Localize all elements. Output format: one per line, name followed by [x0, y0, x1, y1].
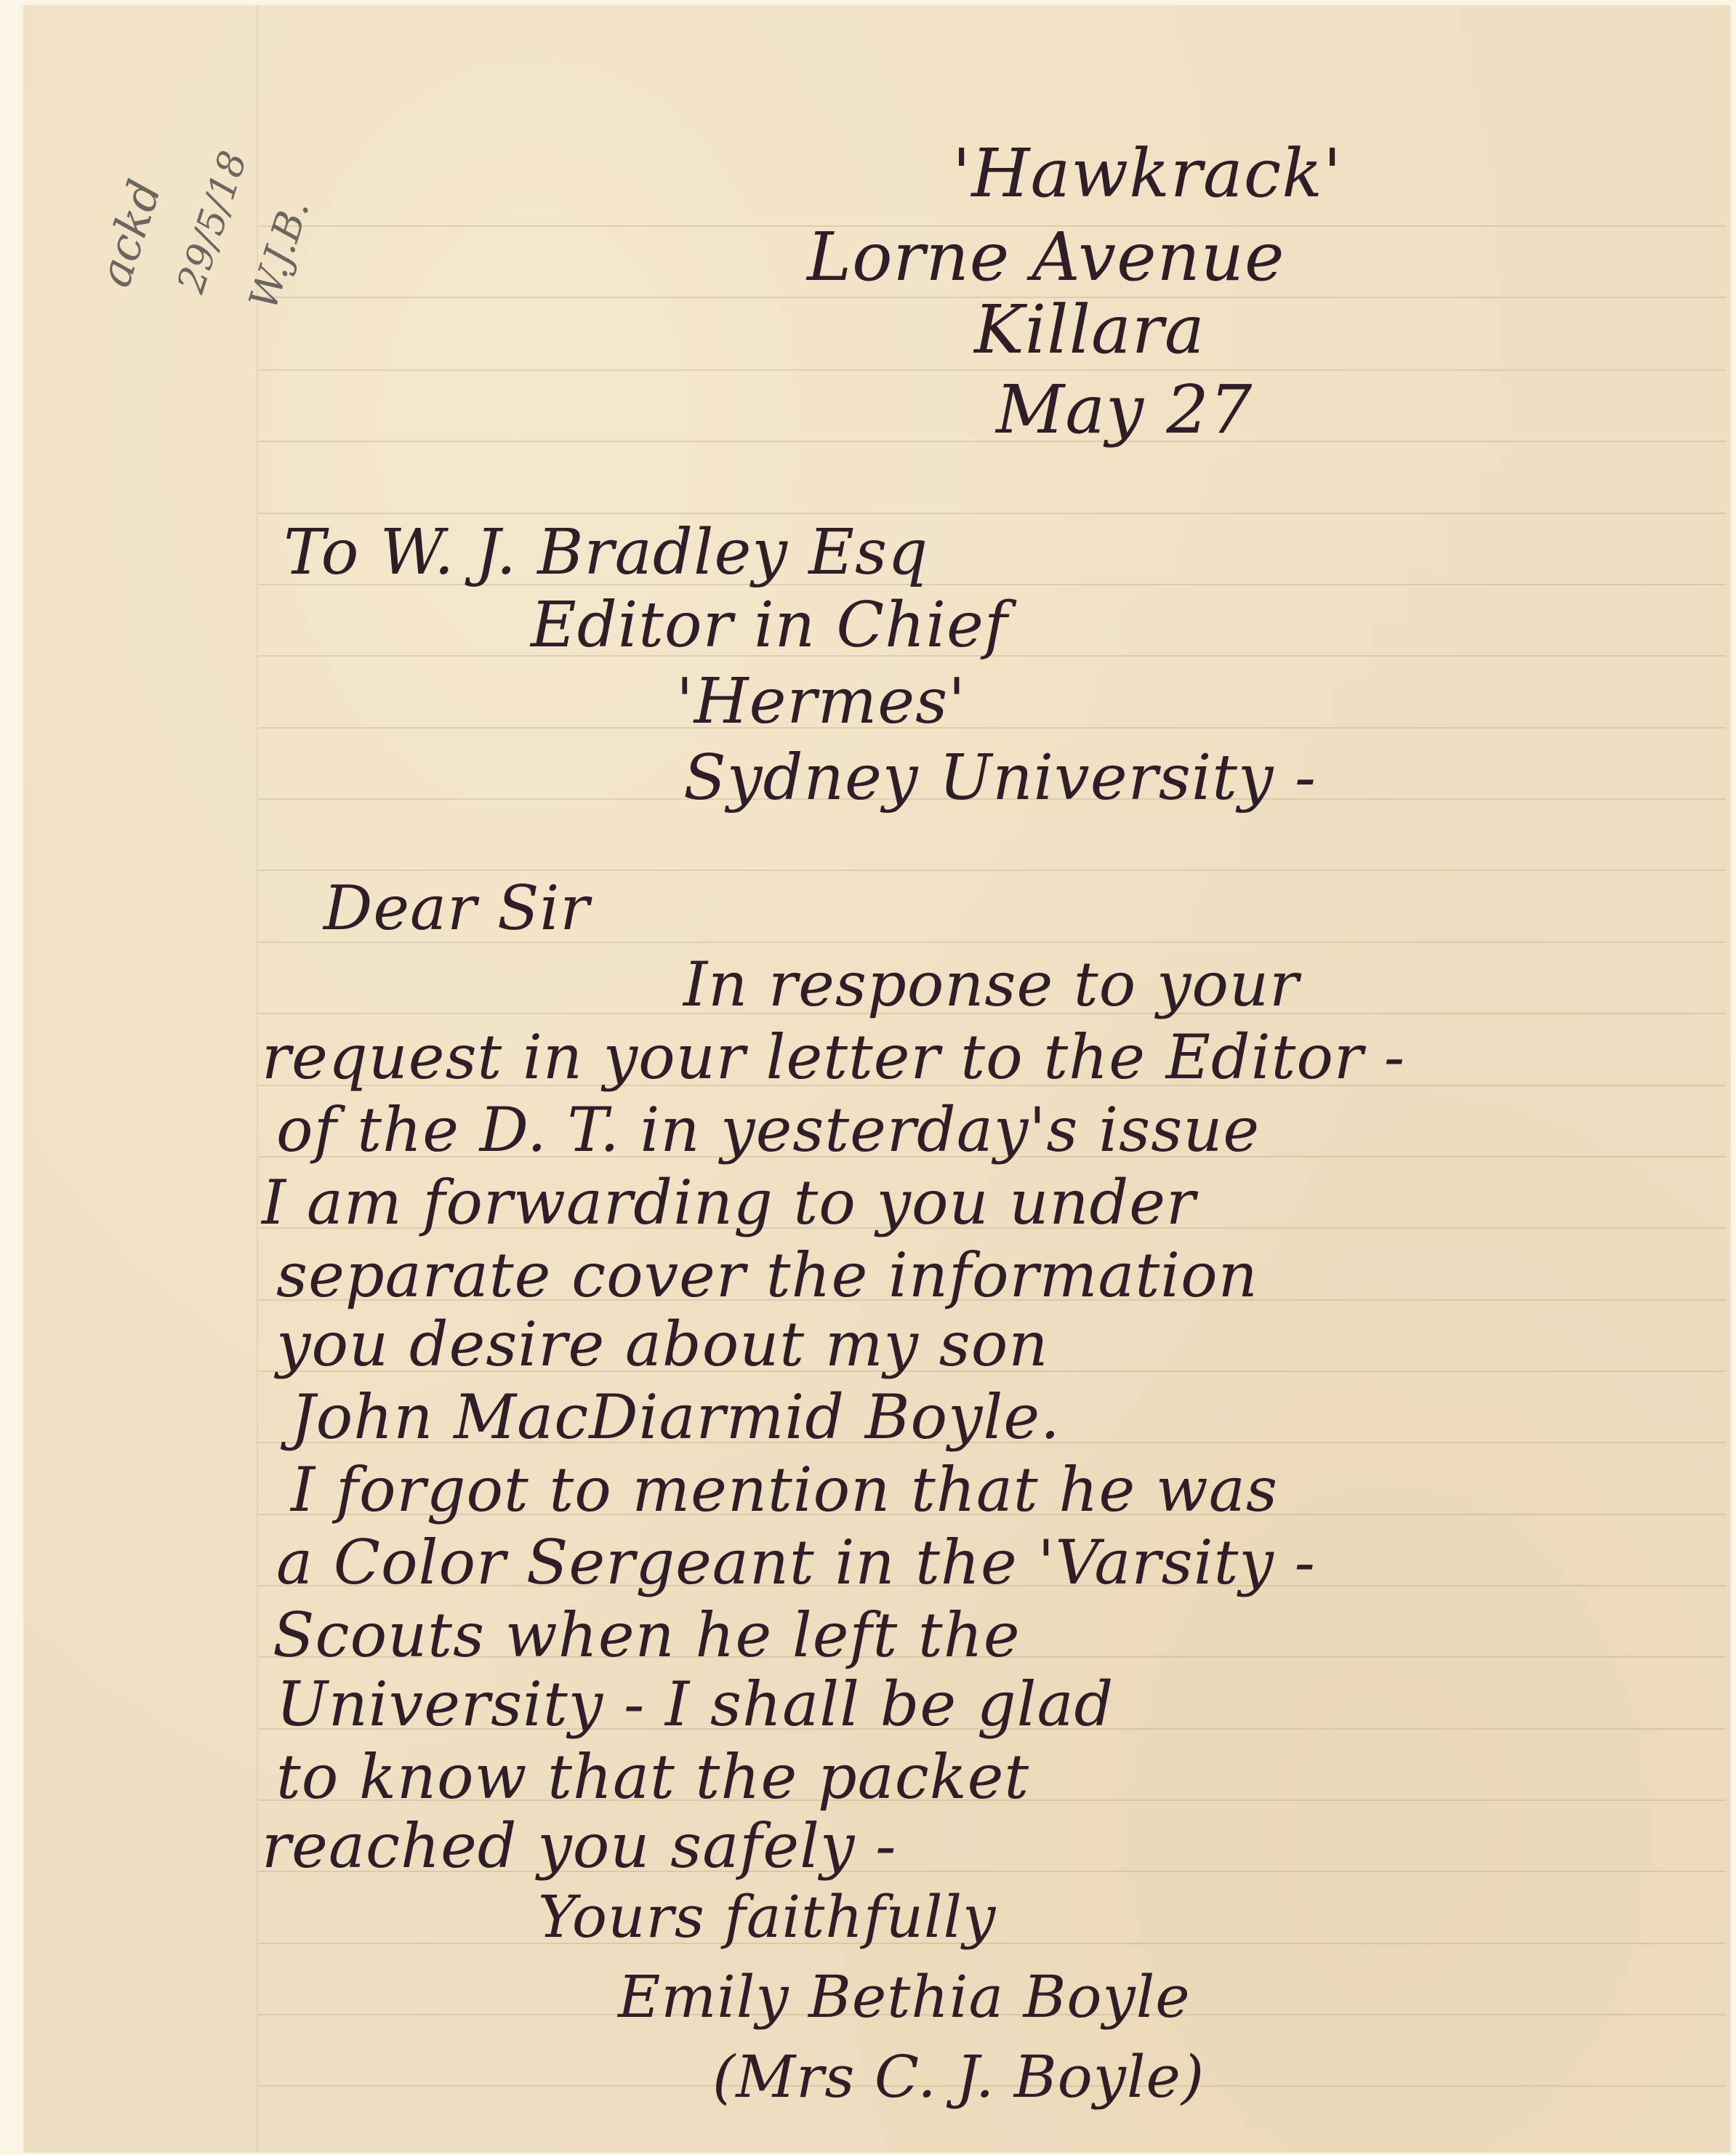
body-line: John MacDiarmid Boyle.: [291, 1381, 1061, 1453]
recipient-name: To W. J. Bradley Esq: [284, 516, 928, 589]
body-line: reached you safely -: [262, 1810, 897, 1882]
street-address: Lorne Avenue: [807, 218, 1285, 296]
house-name: 'Hawkrack': [952, 135, 1342, 212]
body-line: I am forwarding to you under: [262, 1167, 1196, 1238]
body-line: I forgot to mention that he was: [291, 1454, 1278, 1525]
margin-rule: [257, 6, 258, 2152]
ruled-line: [258, 369, 1726, 371]
body-line: you desire about my son: [276, 1309, 1048, 1380]
ruled-line: [258, 441, 1726, 442]
recipient-title: Editor in Chief: [531, 589, 1008, 662]
body-line: University - I shall be glad: [276, 1669, 1114, 1740]
signature: Emily Bethia Boyle: [618, 1963, 1191, 2031]
body-line: to know that the packet: [276, 1741, 1029, 1813]
ruled-line: [258, 513, 1726, 514]
letter-date: May 27: [996, 371, 1253, 449]
signature-note: (Mrs C. J. Boyle): [712, 2043, 1205, 2111]
ruled-line: [258, 870, 1726, 871]
salutation: Dear Sir: [324, 872, 590, 944]
body-line: request in your letter to the Editor -: [262, 1022, 1405, 1093]
body-line: separate cover the information: [276, 1240, 1258, 1311]
body-line: of the D. T. in yesterday's issue: [276, 1094, 1260, 1165]
body-line: In response to your: [683, 949, 1299, 1020]
body-line: a Color Sergeant in the 'Varsity -: [276, 1527, 1316, 1598]
body-line: Scouts when he left the: [273, 1600, 1021, 1671]
ruled-line: [258, 727, 1726, 729]
suburb: Killara: [974, 291, 1205, 369]
recipient-publication: 'Hermes': [676, 665, 966, 738]
recipient-institution: Sydney University -: [683, 742, 1317, 814]
closing: Yours faithfully: [538, 1883, 996, 1951]
